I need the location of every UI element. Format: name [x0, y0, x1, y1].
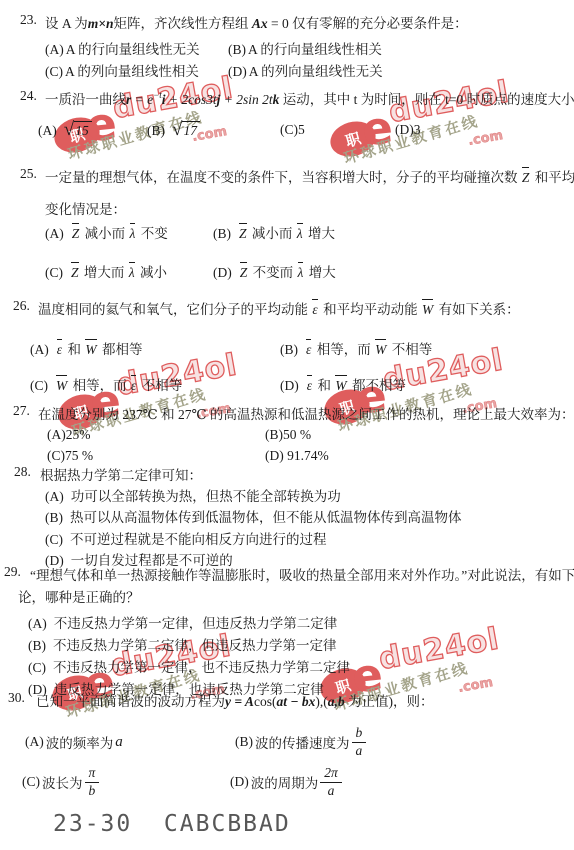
option-label: (B): [213, 226, 231, 241]
option-label: (C): [28, 660, 46, 675]
edu24ol-com-text: .com: [457, 675, 494, 696]
question-stem-line2: 变化情况是：: [45, 198, 126, 218]
q26-option-d: (D)ε 和 W 都不相等: [280, 374, 406, 394]
option-label: (B): [45, 510, 63, 525]
option-label: (A): [45, 226, 64, 241]
math-phase: at − bx: [276, 694, 315, 709]
question-number: 25.: [20, 166, 37, 182]
option-text: (A)25%: [47, 427, 91, 442]
q28-option-a: (A)功可以全部转换为热，但热不能全部转换为功: [45, 485, 341, 505]
q23-option-d: (D)A 的列向量组线性无关: [228, 60, 383, 80]
question-stem: 已知一平面简谐波的波动方程为y = Acos(at − bx),(a,b 为正值…: [36, 690, 434, 710]
option-text: 不违反热力学第一定律，也不违反热力学第二定律: [53, 660, 350, 675]
option-text: (D)3: [395, 122, 421, 137]
q30-option-a: (A)波的频率为a: [25, 722, 123, 762]
question-stem: 根据热力学第二定律可知：: [40, 464, 202, 484]
math-Zbar: Z: [521, 168, 532, 185]
question-stem-line1: 一定量的理想气体，在温度不变的条件下，当容积增大时，分子的平均碰撞次数 Z 和平…: [45, 166, 574, 186]
option-label: (B): [280, 342, 298, 357]
question-stem: 温度相同的氦气和氧气，它们分子的平均动能 ε 和平均平动动能 W 有如下关系：: [38, 298, 520, 318]
stem-text: 矩阵，齐次线性方程组: [113, 16, 251, 31]
math-symbol: W: [84, 340, 98, 357]
answer-key-line: 23-30 CABCBBAD: [53, 811, 291, 837]
stem-text: “理想气体和单一热源接触作等温膨胀时，吸收的热量全部用来对外作功。”对此说法，有…: [30, 568, 574, 583]
option-text: 功可以全部转换为热，但热不能全部转换为功: [71, 489, 341, 504]
option-text: 不违反热力学第二定律，但违反热力学第一定律: [53, 638, 337, 653]
fraction: 2πa: [320, 766, 342, 797]
option-text: (C)5: [280, 122, 305, 137]
stem-text: 论，哪种是正确的？: [18, 590, 140, 605]
q27-option-d: (D) 91.74%: [265, 448, 329, 464]
math-symbol: Z: [238, 224, 249, 241]
option-label: (A): [45, 42, 64, 57]
option-text: 相等，而: [69, 378, 130, 393]
option-text: 波的周期为: [251, 772, 319, 792]
option-text: 热可以从高温物体传到低温物体，但不能从低温物体传到高温物体: [70, 510, 462, 525]
option-label: (B): [147, 123, 165, 138]
math-symbol: λ: [297, 263, 306, 280]
math-symbol: W: [374, 340, 388, 357]
math-exponent: −t: [153, 90, 162, 100]
option-label: (C): [45, 532, 63, 547]
math-eq0: = 0: [268, 16, 293, 31]
exam-page: 职 e du24ol .com 环球职业教育在线 职 e du24ol .com…: [0, 0, 574, 850]
option-label: (D): [213, 265, 232, 280]
q30-option-c: (C)波长为πb: [22, 762, 99, 802]
q23-option-a: (A)A 的行向量组线性无关: [45, 38, 200, 58]
q24-option-b: (B)√17: [147, 120, 200, 139]
question-stem-line1: “理想气体和单一热源接触作等温膨胀时，吸收的热量全部用来对外作功。”对此说法，有…: [30, 564, 574, 584]
math-symbol: W: [334, 376, 348, 393]
q24-option-a: (A)√15: [38, 120, 92, 139]
stem-text: 设 A 为: [45, 16, 88, 31]
math-paren: ),(: [315, 694, 327, 709]
fraction: πb: [85, 766, 100, 797]
stem-text: 变化情况是：: [45, 202, 126, 217]
math-y-eq: y = A: [225, 694, 254, 709]
option-text: 波的频率为: [46, 732, 114, 752]
math-symbol: ε: [305, 340, 313, 357]
option-text: 和: [64, 342, 84, 357]
option-text: 不相等: [388, 342, 432, 357]
option-label: (B): [28, 638, 46, 653]
option-text: 相等，而: [313, 342, 374, 357]
math-term1: + 2cos3t: [165, 92, 216, 107]
q30-option-b: (B)波的传播速度为ba: [235, 722, 366, 762]
radicand: 17: [182, 121, 200, 138]
option-text: 不变而: [249, 265, 296, 280]
math-ab: a,b: [328, 694, 345, 709]
math-term2: + 2sin 2t: [220, 92, 272, 107]
option-label: (A): [38, 123, 57, 138]
radicand: 15: [74, 121, 92, 138]
stem-text: 运动，其中 t 为时间，则在 t=0 时质点的速度大小为：: [279, 92, 574, 107]
option-text: A 的列向量组线性相关: [65, 64, 199, 79]
option-text: 波长为: [42, 772, 83, 792]
fraction-numerator: π: [85, 766, 100, 782]
q25-option-a: (A)Z 减小而 λ 不变: [45, 222, 168, 242]
math-symbol: ε: [130, 376, 138, 393]
sqrt-sign: √: [64, 119, 74, 140]
question-number: 23.: [20, 12, 37, 28]
question-stem: 设 A 为m×n矩阵，齐次线性方程组 Ax = 0 仅有零解的充分必要条件是：: [45, 12, 468, 32]
fraction-denominator: a: [352, 743, 367, 758]
sqrt-sign: √: [172, 119, 182, 140]
math-Ax: Ax: [252, 16, 268, 31]
math-symbol: Z: [71, 224, 82, 241]
option-label: (A): [45, 489, 64, 504]
stem-text: 在温度分别为 237℃ 和 27℃ 的高温热源和低温热源之间工作的热机，理论上最…: [38, 407, 574, 422]
stem-text: 有如下关系：: [435, 302, 519, 317]
stem-text: 根据热力学第二定律可知：: [40, 468, 202, 483]
math-symbol: Z: [239, 263, 250, 280]
q29-option-c: (C)不违反热力学第一定律，也不违反热力学第二定律: [28, 656, 350, 676]
fraction-denominator: b: [85, 783, 100, 798]
q25-option-d: (D)Z 不变而 λ 增大: [213, 261, 336, 281]
q28-option-c: (C)不可逆过程就是不能向相反方向进行的过程: [45, 528, 327, 548]
stem-text: 和平均自由程: [531, 170, 574, 185]
option-text: 都不相等: [349, 378, 406, 393]
q23-option-c: (C)A 的列向量组线性相关: [45, 60, 199, 80]
option-label: (B): [228, 42, 246, 57]
option-text: A 的列向量组线性无关: [249, 64, 383, 79]
question-stem: 一质沿一曲线r = e−ti + 2cos3tj + 2sin 2tk 运动，其…: [45, 88, 574, 108]
edu24ol-brand-text: du24ol: [377, 624, 502, 675]
option-text: (B)50 %: [265, 427, 311, 442]
math-symbol: W: [55, 376, 69, 393]
q29-option-a: (A)不违反热力学第一定律，但违反热力学第二定律: [28, 612, 337, 632]
math-symbol: λ: [296, 224, 305, 241]
stem-text: 一定量的理想气体，在温度不变的条件下，当容积增大时，分子的平均碰撞次数: [45, 170, 521, 185]
stem-text: 已知一平面简谐波的波动方程为: [36, 694, 225, 709]
q26-option-a: (A)ε 和 W 都相等: [30, 338, 142, 358]
fraction-numerator: 2π: [320, 766, 342, 782]
option-label: (C): [22, 774, 40, 790]
option-text: (C)75 %: [47, 448, 93, 463]
q27-option-a: (A)25%: [47, 427, 91, 443]
option-label: (A): [25, 734, 44, 750]
option-label: (A): [28, 616, 47, 631]
stem-text: 和平均平动动能: [320, 302, 421, 317]
option-label: (B): [235, 734, 253, 750]
option-text: 减小: [137, 265, 167, 280]
option-label: (D): [230, 774, 249, 790]
edu24ol-logo-badge-icon: 职: [326, 116, 380, 161]
option-text: 不违反热力学第一定律，但违反热力学第二定律: [54, 616, 338, 631]
option-text: 减小而: [81, 226, 128, 241]
q25-option-b: (B)Z 减小而 λ 增大: [213, 222, 335, 242]
q24-option-d: (D)3: [395, 122, 421, 138]
option-text: 增大而: [81, 265, 128, 280]
math-mxn: m×n: [88, 16, 114, 31]
math-cos: cos(: [254, 694, 277, 709]
question-number: 27.: [13, 403, 30, 419]
option-text: (D) 91.74%: [265, 448, 329, 463]
fraction: ba: [352, 726, 367, 757]
option-text: 波的传播速度为: [255, 732, 350, 752]
option-label: (C): [45, 64, 63, 79]
option-text: 都相等: [99, 342, 143, 357]
edu24ol-cn-slogan: 环球职业教育在线: [341, 110, 481, 169]
fraction-denominator: a: [320, 783, 342, 798]
question-stem-line2: 论，哪种是正确的？: [18, 586, 140, 606]
option-text: 减小而: [249, 226, 296, 241]
math-Wbar: W: [421, 300, 435, 317]
option-label: (D): [280, 378, 299, 393]
math-symbol: λ: [129, 224, 138, 241]
option-text: 增大: [305, 265, 335, 280]
option-label: (D): [228, 64, 247, 79]
math-symbol: ε: [56, 340, 64, 357]
edu24ol-logo-e-icon: e: [360, 105, 395, 153]
question-number: 29.: [4, 564, 21, 580]
math-a: a: [115, 734, 123, 751]
option-label: (A): [30, 342, 49, 357]
option-text: 不变: [137, 226, 167, 241]
fraction-numerator: b: [352, 726, 367, 742]
q29-option-b: (B)不违反热力学第二定律，但违反热力学第一定律: [28, 634, 337, 654]
stem-text: 一质沿一曲线: [45, 92, 126, 107]
option-text: 不相等: [138, 378, 182, 393]
q23-option-b: (B)A 的行向量组线性相关: [228, 38, 382, 58]
math-symbol: λ: [128, 263, 137, 280]
option-text: A 的行向量组线性相关: [248, 42, 382, 57]
stem-text: 为正值)，则：: [345, 694, 434, 709]
option-text: A 的行向量组线性无关: [66, 42, 200, 57]
stem-text: 温度相同的氦气和氧气，它们分子的平均动能: [38, 302, 311, 317]
edu24ol-com-text: .com: [467, 128, 504, 149]
option-text: 不可逆过程就是不能向相反方向进行的过程: [70, 532, 327, 547]
math-symbol: ε: [306, 376, 314, 393]
q24-option-c: (C)5: [280, 122, 305, 138]
q30-option-d: (D)波的周期为2πa: [230, 762, 342, 802]
stem-text: 仅有零解的充分必要条件是：: [292, 16, 468, 31]
math-epsilonbar: ε: [311, 300, 319, 317]
option-label: (C): [45, 265, 63, 280]
q27-option-c: (C)75 %: [47, 448, 93, 464]
question-number: 24.: [20, 88, 37, 104]
question-number: 28.: [14, 464, 31, 480]
question-stem: 在温度分别为 237℃ 和 27℃ 的高温热源和低温热源之间工作的热机，理论上最…: [38, 403, 574, 423]
q26-option-b: (B)ε 相等，而 W 不相等: [280, 338, 432, 358]
question-number: 30.: [8, 690, 25, 706]
q27-option-b: (B)50 %: [265, 427, 311, 443]
option-text: 增大: [305, 226, 335, 241]
question-number: 26.: [13, 298, 30, 314]
option-text: 和: [314, 378, 334, 393]
q26-option-c: (C)W 相等，而 ε 不相等: [30, 374, 182, 394]
q25-option-c: (C)Z 增大而 λ 减小: [45, 261, 167, 281]
math-symbol: Z: [70, 263, 81, 280]
q28-option-b: (B)热可以从高温物体传到低温物体，但不能从低温物体传到高温物体: [45, 506, 462, 526]
option-label: (C): [30, 378, 48, 393]
math-e: = e: [131, 92, 153, 107]
